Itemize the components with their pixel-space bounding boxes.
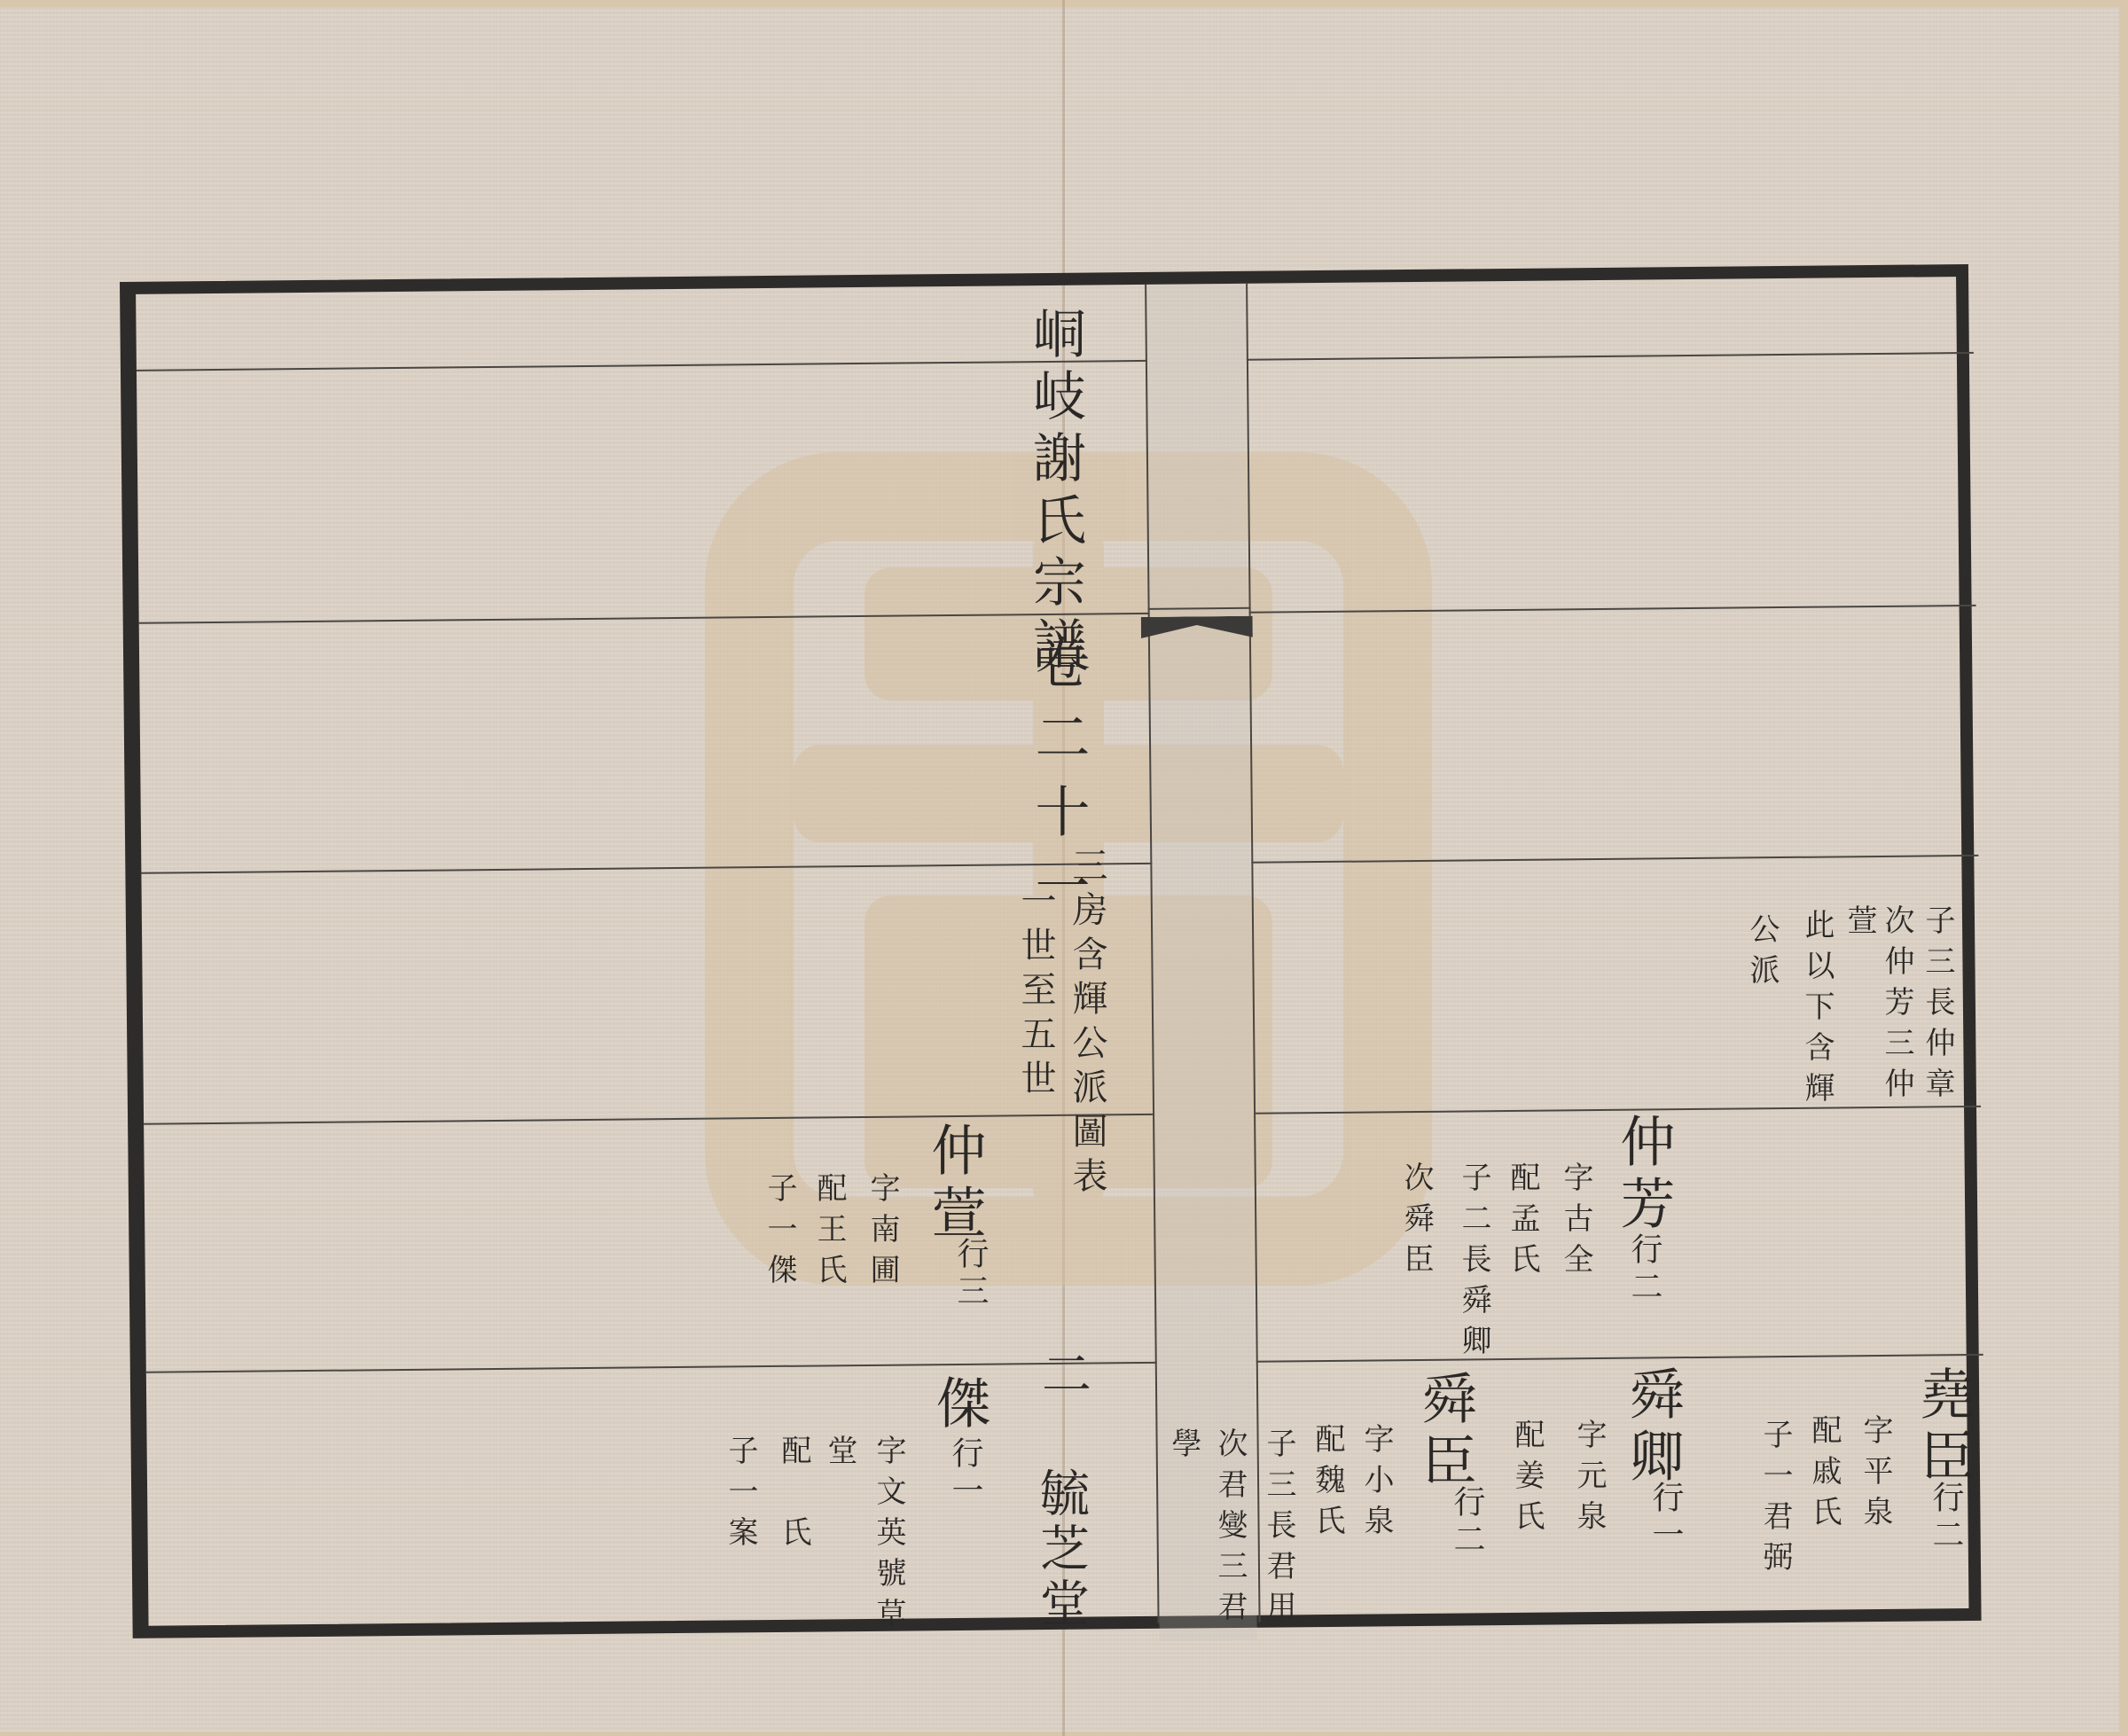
person-detail: 配王氏 [814,1172,844,1294]
book-title: 峒岐謝氏宗譜 [1029,306,1082,678]
person-detail: 配魏氏 [1312,1423,1342,1545]
person-detail: 配戚氏 [1809,1414,1839,1537]
person-detail: 字小泉 [1361,1423,1391,1545]
person-rank: 行二 [1628,1232,1660,1307]
person-detail: 字元泉 [1574,1419,1604,1541]
person-rank: 行一 [1649,1481,1681,1555]
person-rank: 行三 [954,1237,986,1311]
hall-name: 毓芝堂 [1036,1467,1085,1632]
register-rule [1251,855,1978,864]
register-rule [137,360,1147,371]
note-line: 萱 [1844,904,1874,945]
register-rule [141,863,1152,874]
person-detail: 字文英號草 [873,1435,904,1638]
person-detail: 字古全 [1561,1161,1591,1284]
person-detail: 子一案 [725,1435,755,1557]
person-detail: 次舜臣 [1401,1161,1431,1284]
register-rule [1247,352,1974,361]
person-detail: 子三長君用 [1263,1427,1294,1631]
person-detail: 堂 [825,1435,855,1475]
register-rule [146,1362,1157,1373]
person-detail: 配孟氏 [1507,1161,1537,1284]
person-detail: 次君燮三君 [1215,1427,1245,1631]
note-line: 子三長仲章 [1922,904,1952,1108]
person-detail: 字平泉 [1860,1414,1890,1537]
person-rank: 行一 [949,1436,981,1511]
person-rank: 行二 [1451,1485,1483,1560]
person-detail: 子一君弼 [1760,1419,1790,1582]
register-rule [1256,1354,1983,1363]
person-detail: 子一傑 [764,1172,794,1294]
person-rank: 行二 [1929,1481,1961,1555]
person-name: 堯臣 [1915,1365,1970,1490]
person-detail: 子二長舜卿 [1459,1161,1489,1365]
register-rule [144,1114,1154,1125]
note-line: 公派 [1747,913,1777,995]
note-line: 次仲芳三仲 [1882,904,1912,1108]
person-detail: 配姜氏 [1512,1419,1542,1541]
person-name: 傑 [931,1374,986,1436]
person-name: 舜臣 [1417,1370,1472,1494]
person-name: 仲芳 [1616,1113,1670,1237]
generation-range: 一世至五世 [1018,882,1053,1104]
person-detail: 字南圃 [867,1172,897,1294]
person-detail: 學 [1169,1427,1199,1468]
register-rule [139,613,1150,624]
page-number: 二 [1037,1348,1087,1433]
person-detail: 配 氏 [778,1435,809,1557]
person-name: 仲萱 [927,1122,982,1246]
note-line: 此以下含輝 [1802,909,1832,1113]
person-name: 舜卿 [1624,1365,1679,1490]
register-rule [1249,605,1976,614]
section-title: 三房含輝公派圖表 [1069,847,1105,1201]
